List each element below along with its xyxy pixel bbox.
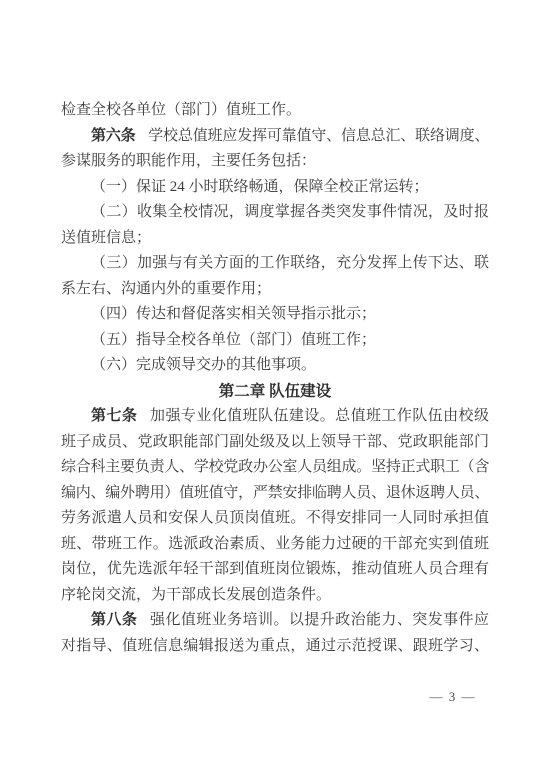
page-number: — 3 —	[430, 689, 477, 705]
document-line: 对指导、值班信息编辑报送为重点，通过示范授课、跟班学习、	[61, 634, 489, 660]
document-body: 检查全校各单位（部门）值班工作。 第六条学校总值班应发挥可靠值守、信息总汇、联络…	[61, 98, 489, 659]
document-line: 班、带班工作。选派政治素质、业务能力过硬的干部充实到值班	[61, 532, 489, 558]
document-line-item-4: （四）传达和督促落实相关领导指示批示；	[61, 302, 489, 328]
document-line-item-6: （六）完成领导交办的其他事项。	[61, 353, 489, 379]
document-line-item-2: （二）收集全校情况，调度掌握各类突发事件情况，及时报	[61, 200, 489, 226]
document-line-item-3: （三）加强与有关方面的工作联络，充分发挥上传下达、联	[61, 251, 489, 277]
document-line: 班子成员、党政职能部门副处级及以上领导干部、党政职能部门	[61, 430, 489, 456]
document-line: 岗位，优先选派年轻干部到值班岗位锻炼，推动值班人员合理有	[61, 557, 489, 583]
document-line: 送值班信息；	[61, 226, 489, 252]
document-line: 编内、编外聘用）值班值守，严禁安排临聘人员、退休返聘人员、	[61, 481, 489, 507]
document-line-item-5: （五）指导全校各单位（部门）值班工作；	[61, 328, 489, 354]
article-text: 强化值班业务培训。以提升政治能力、突发事件应	[150, 612, 489, 628]
document-line: 劳务派遣人员和安保人员顶岗值班。不得安排同一人同时承担值	[61, 506, 489, 532]
article-number: 第八条	[91, 612, 137, 628]
document-line: 系左右、沟通内外的重要作用；	[61, 277, 489, 303]
document-line-article-6: 第六条学校总值班应发挥可靠值守、信息总汇、联络调度、	[61, 124, 489, 150]
article-text: 学校总值班应发挥可靠值守、信息总汇、联络调度、	[148, 128, 489, 144]
article-number: 第六条	[91, 128, 135, 144]
document-page: 检查全校各单位（部门）值班工作。 第六条学校总值班应发挥可靠值守、信息总汇、联络…	[0, 0, 543, 768]
document-line: 序轮岗交流，为干部成长发展创造条件。	[61, 583, 489, 609]
document-line-article-8: 第八条强化值班业务培训。以提升政治能力、突发事件应	[61, 608, 489, 634]
document-line-item-1: （一）保证 24 小时联络畅通，保障全校正常运转；	[61, 175, 489, 201]
article-text: 加强专业化值班队伍建设。总值班工作队伍由校级	[150, 408, 489, 424]
document-line: 综合科主要负责人、学校党政办公室人员组成。坚持正式职工（含	[61, 455, 489, 481]
document-line: 检查全校各单位（部门）值班工作。	[61, 98, 489, 124]
document-line-article-7: 第七条加强专业化值班队伍建设。总值班工作队伍由校级	[61, 404, 489, 430]
chapter-heading: 第二章 队伍建设	[61, 379, 489, 405]
article-number: 第七条	[91, 408, 137, 424]
document-line: 参谋服务的职能作用，主要任务包括：	[61, 149, 489, 175]
